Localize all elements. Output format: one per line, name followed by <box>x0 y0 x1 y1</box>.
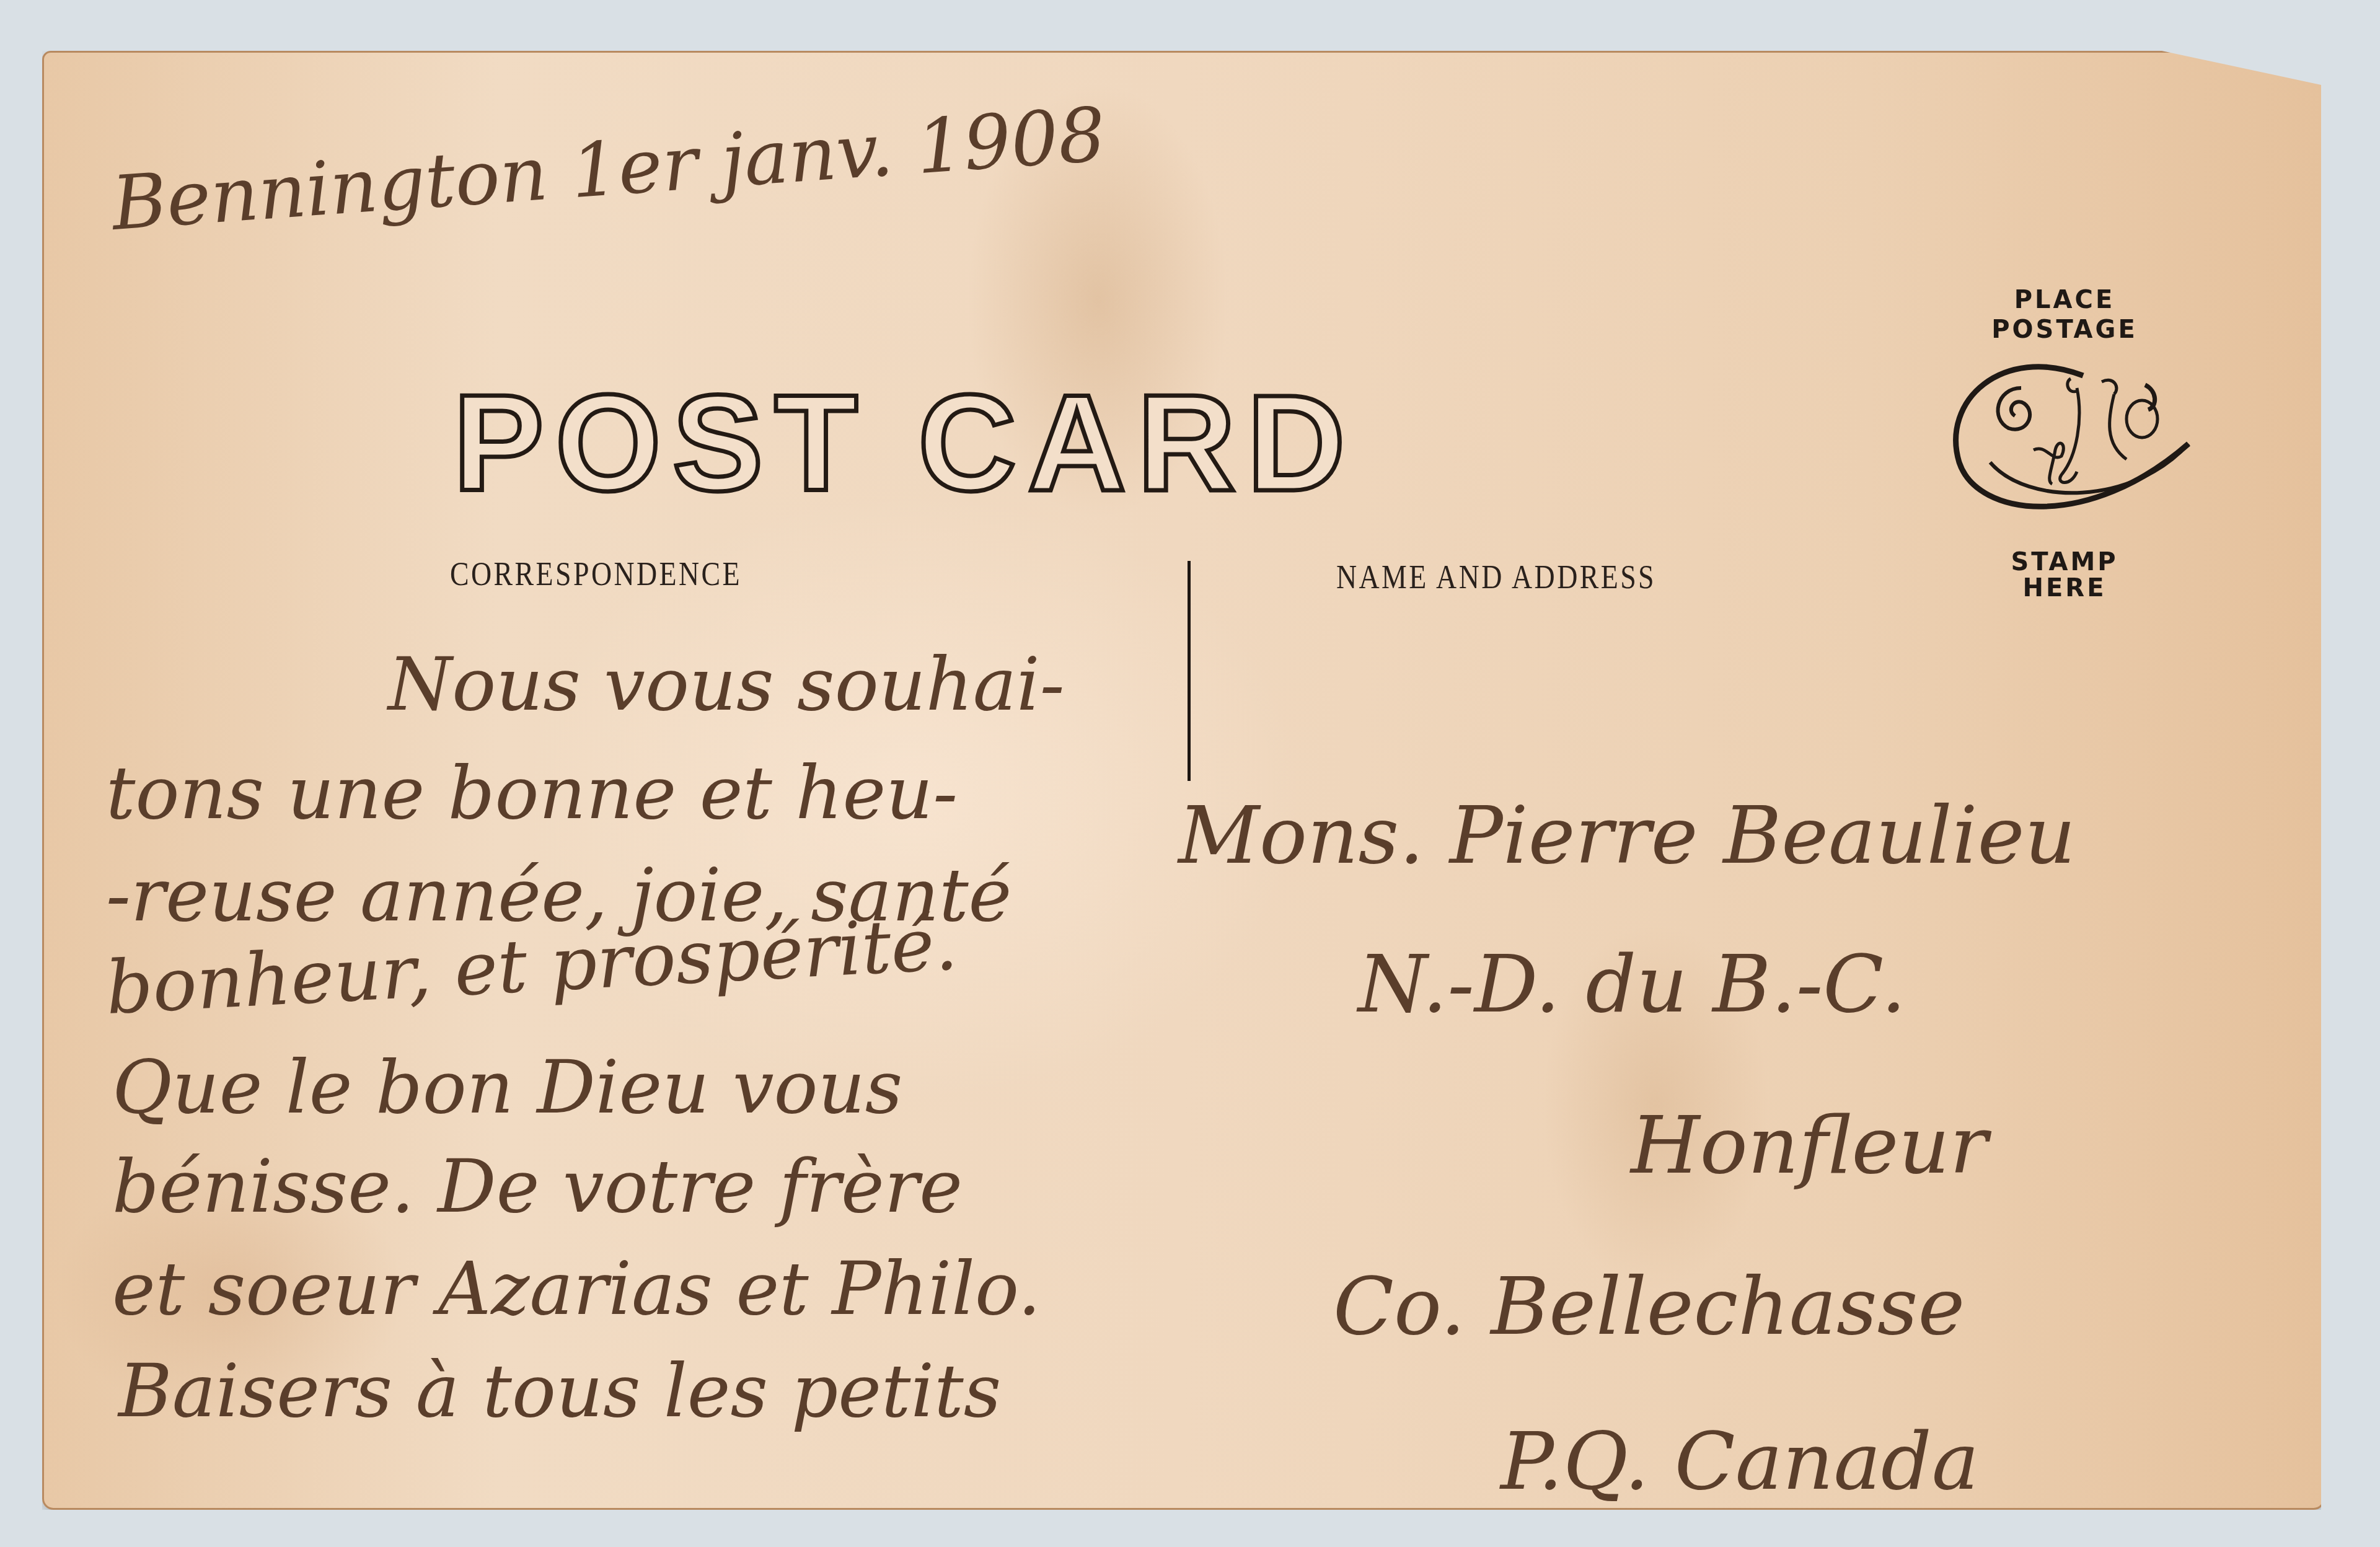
message-line: et soeur Azarias et Philo. <box>112 1252 1041 1325</box>
stamp-bottom-text: STAMP HERE <box>1941 549 2188 601</box>
message-line: Baisers à tous les petits <box>118 1354 1001 1427</box>
post-card-title: POST CARD <box>453 375 1357 511</box>
correspondence-label: CORRESPONDENCE <box>450 555 742 593</box>
address-recipient: Mons. Pierre Beaulieu <box>1178 796 2076 876</box>
address-city: Honfleur <box>1631 1106 1988 1186</box>
address-country: P.Q. Canada <box>1501 1422 1979 1502</box>
dateline: Bennington 1er janv. 1908 <box>109 92 1108 247</box>
postcard-back: Bennington 1er janv. 1908 POST CARD CORR… <box>42 51 2325 1510</box>
address-county: Co. Bellechasse <box>1333 1267 1965 1347</box>
address-line: N.-D. du B.-C. <box>1358 945 1906 1025</box>
cyko-monogram-icon <box>1928 351 2201 537</box>
message-line: tons une bonne et heu- <box>106 756 958 829</box>
message-line: Que le bon Dieu vous <box>112 1051 902 1124</box>
message-line: Nous vous souhai- <box>388 648 1065 721</box>
stamp-box: PLACE POSTAGE STAMP HERE <box>1941 285 2188 632</box>
name-and-address-label: NAME AND ADDRESS <box>1336 558 1656 596</box>
message-line: bénisse. De votre frère <box>112 1150 963 1223</box>
stamp-top-text: PLACE POSTAGE <box>1941 285 2188 345</box>
center-divider-line <box>1188 561 1191 781</box>
